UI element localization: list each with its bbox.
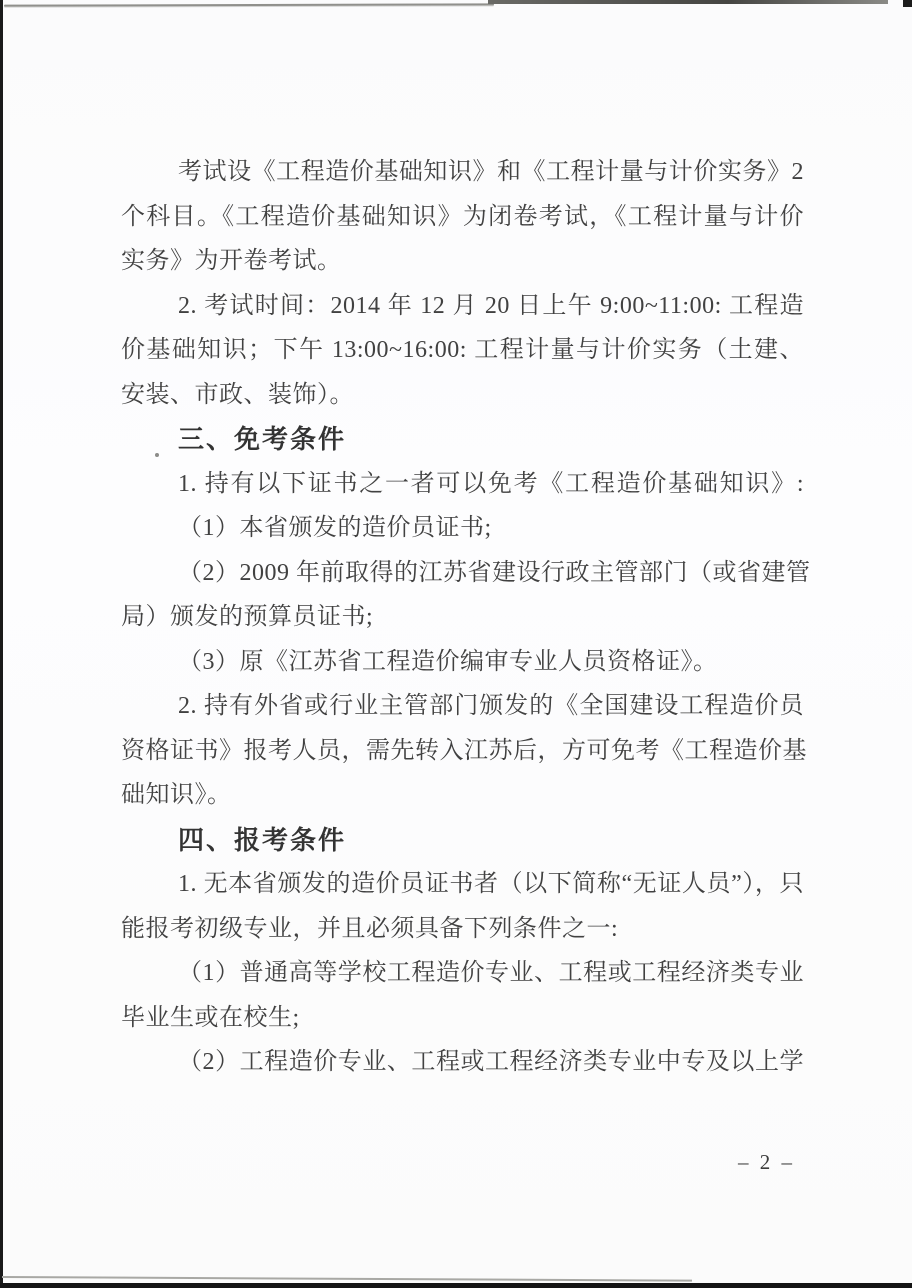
paragraph-line: （1）普通高等学校工程造价专业、工程或工程经济类专业 [121, 951, 804, 996]
paragraph-line: （1）本省颁发的造价员证书; [121, 506, 804, 551]
paragraph-line: 个科目。《工程造价基础知识》为闭卷考试，《工程计量与计价 [121, 195, 804, 240]
paragraph-line: 1. 持有以下证书之一者可以免考《工程造价基础知识》: [121, 462, 804, 507]
paragraph-line: 1. 无本省颁发的造价员证书者（以下简称“无证人员”），只 [121, 862, 804, 907]
paragraph-line: （2）2009 年前取得的江苏省建设行政主管部门（或省建管 [121, 551, 804, 596]
document-body: 考试设《工程造价基础知识》和《工程计量与计价实务》2 个科目。《工程造价基础知识… [121, 150, 804, 1085]
scan-artifact-top-gray-line [4, 3, 494, 6]
section-heading-exemption: 三、免考条件 [121, 417, 804, 462]
paragraph-line: 2. 考试时间：2014 年 12 月 20 日上午 9:00~11:00: 工… [121, 284, 804, 329]
page-number: – 2 – [738, 1150, 818, 1175]
paragraph-line: 价基础知识；下午 13:00~16:00: 工程计量与计价实务（土建、 [121, 328, 804, 373]
paragraph-line: 安装、市政、装饰）。 [121, 373, 804, 418]
paragraph-line: 实务》为开卷考试。 [121, 239, 804, 284]
paragraph-line: 能报考初级专业，并且必须具备下列条件之一: [121, 907, 804, 952]
scan-artifact-top-dark-line [488, 0, 888, 4]
paragraph-line: 2. 持有外省或行业主管部门颁发的《全国建设工程造价员 [121, 684, 804, 729]
section-heading-application: 四、报考条件 [121, 818, 804, 863]
scan-artifact-left-edge [0, 0, 3, 1288]
paragraph-line: 考试设《工程造价基础知识》和《工程计量与计价实务》2 [121, 150, 804, 195]
paragraph-line: 础知识》。 [121, 773, 804, 818]
paragraph-line: 局）颁发的预算员证书; [121, 595, 804, 640]
scan-artifact-top-right-corner [903, 0, 912, 7]
paragraph-line: 毕业生或在校生; [121, 996, 804, 1041]
paragraph-line: 资格证书》报考人员，需先转入江苏后，方可免考《工程造价基 [121, 729, 804, 774]
scan-artifact-bottom-gray-line [2, 1276, 692, 1282]
scanned-document-page: 考试设《工程造价基础知识》和《工程计量与计价实务》2 个科目。《工程造价基础知识… [0, 0, 912, 1288]
scan-artifact-bottom-black-bar [0, 1283, 912, 1288]
paragraph-line: （3）原《江苏省工程造价编审专业人员资格证》。 [121, 640, 804, 685]
paragraph-line: （2）工程造价专业、工程或工程经济类专业中专及以上学 [121, 1040, 804, 1085]
